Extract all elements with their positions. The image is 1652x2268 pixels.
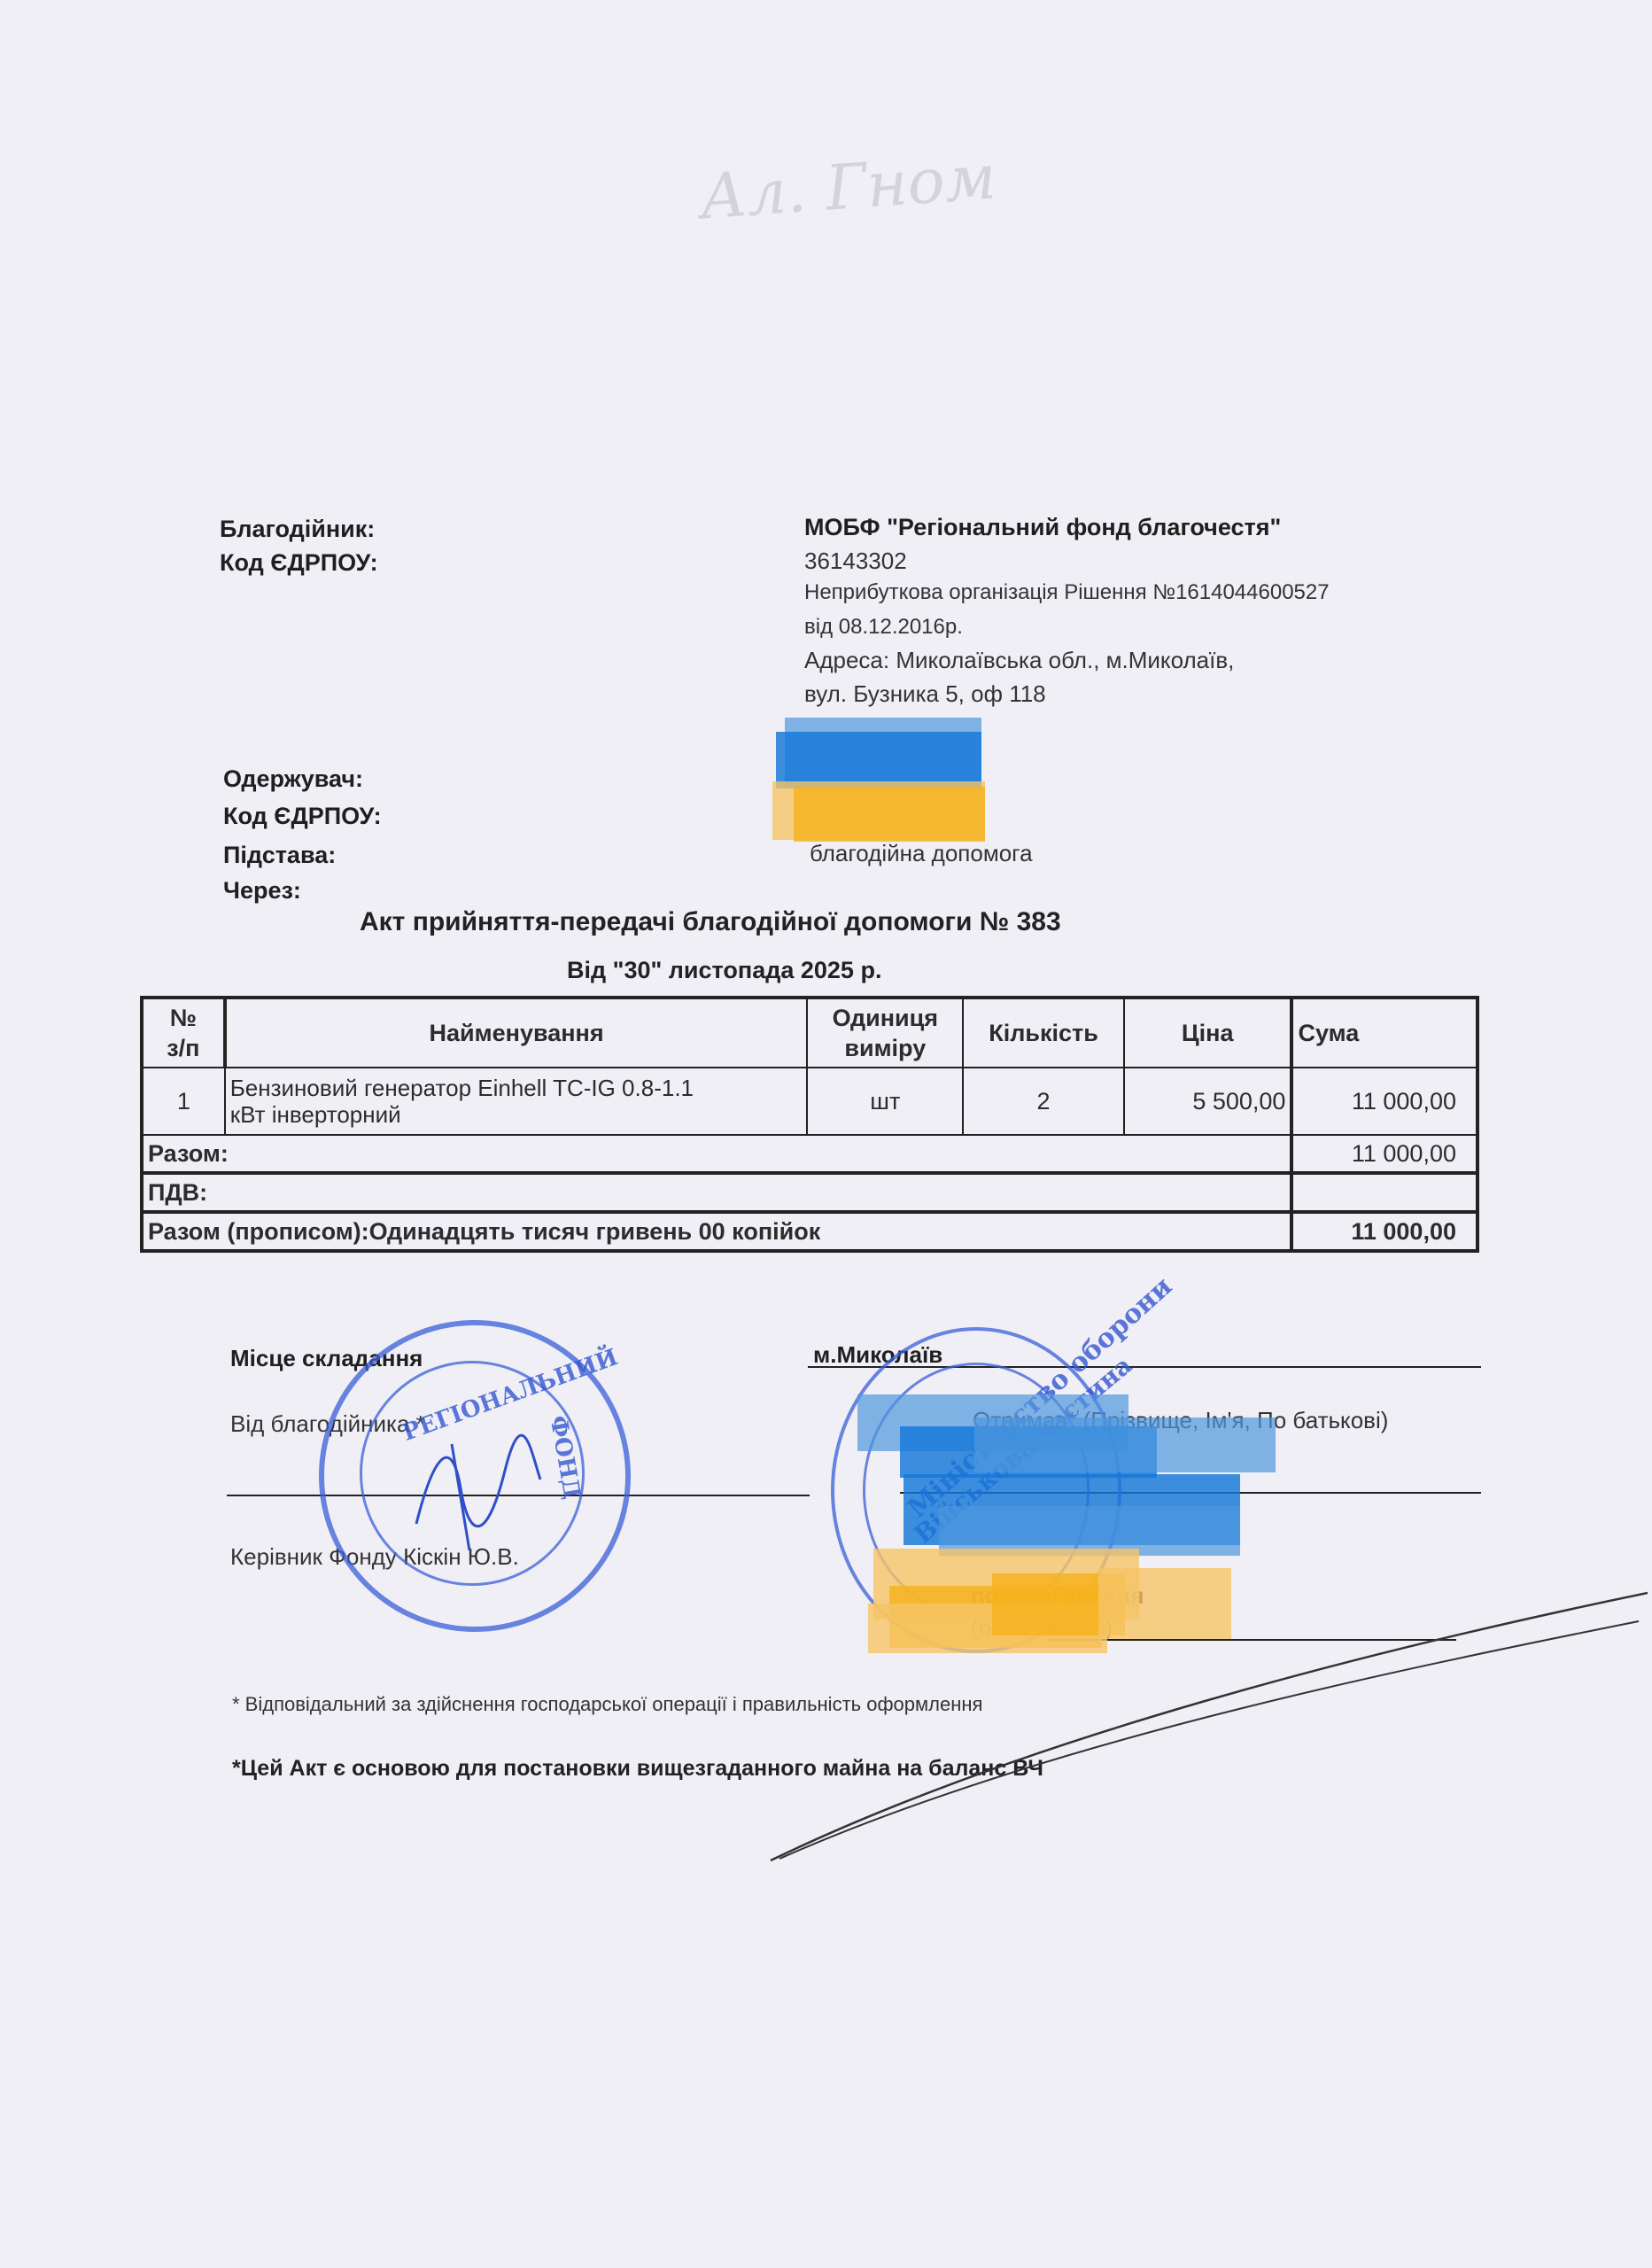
subtotal-row: Разом: 11 000,00 [142,1135,1477,1173]
document-date: Від "30" листопада 2025 р. [567,957,881,984]
header-qty: Кількість [963,998,1124,1068]
subtotal-label: Разом: [142,1135,1291,1173]
header-num: №з/п [142,998,225,1068]
vat-row: ПДВ: [142,1173,1477,1212]
recipient-label: Одержувач: [223,765,363,793]
cell-price: 5 500,00 [1124,1068,1292,1135]
donor-registration: Неприбуткова організація Рішення №161404… [804,580,1330,605]
via-label: Через: [223,877,301,905]
header-name: Найменування [225,998,808,1068]
pen-stroke [762,1577,1648,1869]
donor-address-line1: Адреса: Миколаївська обл., м.Миколаїв, [804,647,1234,674]
header-sum: Сума [1291,998,1477,1068]
document-title: Акт прийняття-передачі благодійної допом… [360,907,1061,937]
pencil-note: Ал. Гном [698,140,999,233]
basis-label: Підстава: [223,842,336,869]
items-table: №з/п Найменування Одиницявиміру Кількіст… [140,996,1479,1253]
total-value: 11 000,00 [1291,1212,1477,1251]
cell-unit: шт [807,1068,963,1135]
donor-name: МОБФ "Регіональний фонд благочестя" [804,514,1281,541]
total-row: Разом (прописом):Одинадцять тисяч гривен… [142,1212,1477,1251]
subtotal-value: 11 000,00 [1291,1135,1477,1173]
donor-signature-scribble [399,1417,558,1559]
donor-code-label: Код ЄДРПОУ: [220,549,378,577]
donor-code: 36143302 [804,548,907,575]
vat-label: ПДВ: [142,1173,1291,1212]
redaction-block [794,787,985,842]
donor-address-line2: вул. Бузника 5, оф 118 [804,680,1046,708]
vat-value [1291,1173,1477,1212]
header-price: Ціна [1124,998,1292,1068]
cell-sum: 11 000,00 [1291,1068,1477,1135]
recipient-code-label: Код ЄДРПОУ: [223,803,382,830]
cell-name: Бензиновий генератор Einhell TC-IG 0.8-1… [225,1068,808,1135]
donor-label: Благодійник: [220,516,375,543]
total-words: Разом (прописом):Одинадцять тисяч гривен… [142,1212,1291,1251]
redaction-block [776,732,981,788]
header-unit: Одиницявиміру [807,998,963,1068]
table-row: 1 Бензиновий генератор Einhell TC-IG 0.8… [142,1068,1477,1135]
redaction-block [974,1417,1276,1472]
cell-qty: 2 [963,1068,1124,1135]
table-header-row: №з/п Найменування Одиницявиміру Кількіст… [142,998,1477,1068]
donor-registration-date: від 08.12.2016р. [804,615,963,640]
cell-num: 1 [142,1068,225,1135]
basis-value: благодійна допомога [810,840,1033,867]
